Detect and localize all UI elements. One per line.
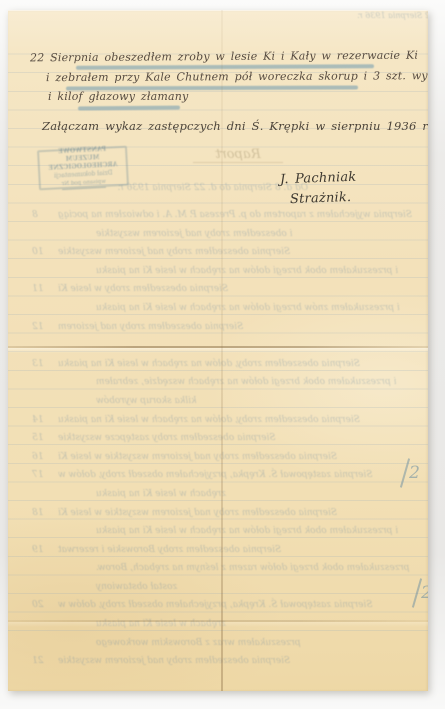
letter-line-2: i zebrałem przy Kale Chutnem pół woreczk… <box>46 69 428 84</box>
bleedthrough-date: 22 Sierpnia 1936 r. <box>290 11 428 20</box>
signature-name: J. Pachniak <box>280 170 357 188</box>
margin-mark: 2 <box>404 458 420 488</box>
horizontal-fold-crease <box>8 346 428 348</box>
letter-line-1: 22 Sierpnia obeszedłem zroby w lesie Ki … <box>30 49 418 65</box>
letter-line-4: Załączam wykaz zastępczych dni Ś. Krępki… <box>42 119 428 133</box>
vertical-fold-crease <box>221 10 223 691</box>
signature-title: Strażnik. <box>290 190 352 207</box>
bleedthrough-title: Raport <box>193 147 283 163</box>
margin-mark: 2 <box>416 578 428 608</box>
crayon-underline <box>78 105 180 109</box>
crayon-underline <box>76 64 374 69</box>
horizontal-fold-crease <box>8 620 428 622</box>
crayon-underline <box>66 85 358 90</box>
scanned-letter-page: 22 Sierpnia 1936 r. Raport Od d. 8 Sierp… <box>8 10 428 691</box>
museum-stamp: PAŃSTWOWE MUZEUM ARCHEOLOGICZNE Dział do… <box>37 146 129 191</box>
letter-line-3: i kilof głazowy złamany <box>48 90 188 103</box>
